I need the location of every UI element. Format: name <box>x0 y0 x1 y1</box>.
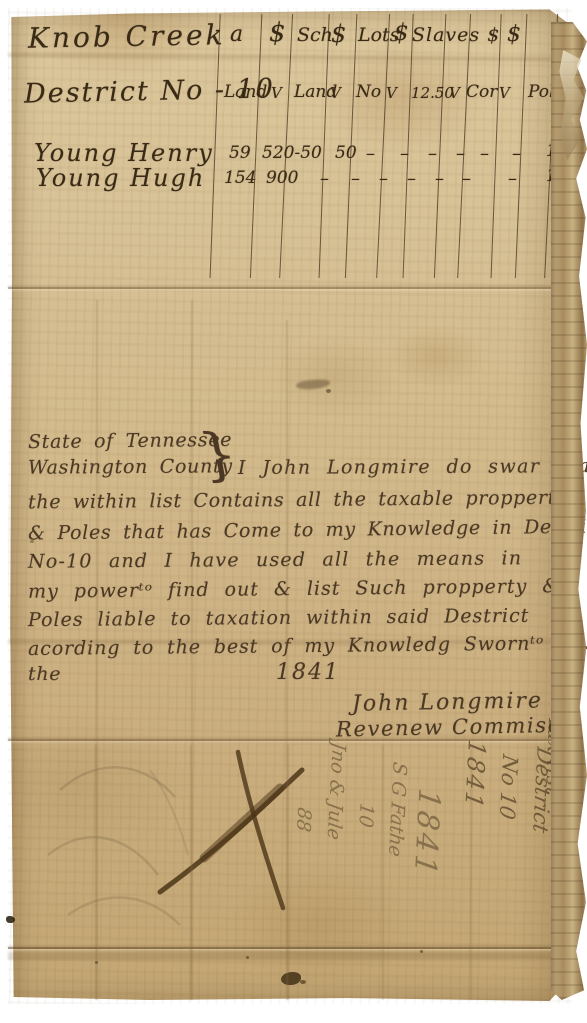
ledger-cell: – <box>379 168 388 189</box>
scanned-document-photo: { "ledger": { "place": "Knob Creek", "di… <box>0 0 587 1023</box>
ledger-cell: – <box>400 143 409 164</box>
fold-crease <box>8 947 572 949</box>
ledger-cell: 900 <box>266 168 298 188</box>
ledger-header-cell: 12.50 <box>411 84 454 102</box>
fold-crease <box>8 952 572 960</box>
ink-speck <box>326 389 331 393</box>
ledger-header-cell: Land <box>224 82 267 102</box>
statement-line: the within list Contains all the taxable… <box>28 487 568 514</box>
ledger-ditto-mark: V <box>330 84 341 102</box>
fold-crease-vertical <box>470 745 472 1000</box>
fold-crease-vertical <box>382 745 384 1000</box>
endorsement-pencil-block: 1841 S G Fathe 10 Jno & Jule 88 <box>268 725 447 941</box>
ledger-cell: 59 <box>229 143 251 163</box>
ledger-header-cell: Pol <box>528 82 554 102</box>
ledger-header-cell: Slaves $ <box>412 24 500 46</box>
ledger-header-cell: a <box>230 22 243 47</box>
endorsement-line: No 10 <box>486 752 527 894</box>
ledger-column-line <box>250 14 263 278</box>
ledger-header-cell: $ <box>394 20 409 46</box>
fold-crease-vertical <box>190 745 192 1000</box>
ledger-cell: – <box>456 143 465 164</box>
ledger-header-cell: $ <box>331 20 346 48</box>
ledger-cell: – <box>407 168 416 189</box>
torn-edge-strip <box>551 22 587 1000</box>
ledger-ditto-mark: V <box>499 84 510 102</box>
fold-crease-vertical <box>287 745 289 1000</box>
ink-speck <box>6 916 15 923</box>
ledger-ditto-mark: V <box>386 84 397 102</box>
ledger-cell: – <box>480 143 489 164</box>
statement-line: No-10 and I have used all the means in <box>28 547 522 572</box>
ink-speck <box>246 956 249 959</box>
signature: John Longmire <box>352 688 543 716</box>
ledger-header-cell: No <box>356 82 381 102</box>
ledger-header-cell: $ <box>507 22 521 47</box>
ink-speck <box>30 540 34 543</box>
ink-speck <box>300 980 306 984</box>
ledger-cell: – <box>428 143 437 164</box>
taxpayer-name: Young Hugh <box>36 164 205 192</box>
ledger-column-line <box>376 14 390 278</box>
ledger-cell: – <box>508 168 517 189</box>
statement-line: the <box>28 663 61 685</box>
statement-line: I John Longmire do swar that <box>238 455 587 479</box>
taxpayer-name: Young Henry <box>34 139 214 167</box>
ledger-cell: 50 <box>335 143 357 163</box>
ledger-header-cell: $ <box>269 18 286 48</box>
ledger-cell: 154 <box>224 168 256 188</box>
statement-brace: { <box>201 423 237 488</box>
ink-speck <box>420 950 423 953</box>
ledger-cell: – <box>435 168 444 189</box>
endorsement-line: 10 <box>344 801 381 932</box>
ledger-ditto-mark: V <box>449 84 460 102</box>
ledger-cell: – <box>462 168 471 189</box>
ledger-cell: – <box>366 143 375 164</box>
ledger-cell: 520-50 <box>262 143 322 163</box>
ledger-header-cell: Sch <box>297 24 333 46</box>
fold-crease-vertical <box>95 745 97 1000</box>
ledger-cell: – <box>512 143 521 164</box>
ledger-cell: – <box>320 168 329 189</box>
ledger-column-line <box>491 14 503 278</box>
statement-line: Poles liable to taxation within said Des… <box>28 605 530 631</box>
ledger-header-cell: Cor <box>466 82 497 102</box>
ledger-cell: – <box>351 168 360 189</box>
ledger-ditto-mark: V <box>271 84 282 102</box>
